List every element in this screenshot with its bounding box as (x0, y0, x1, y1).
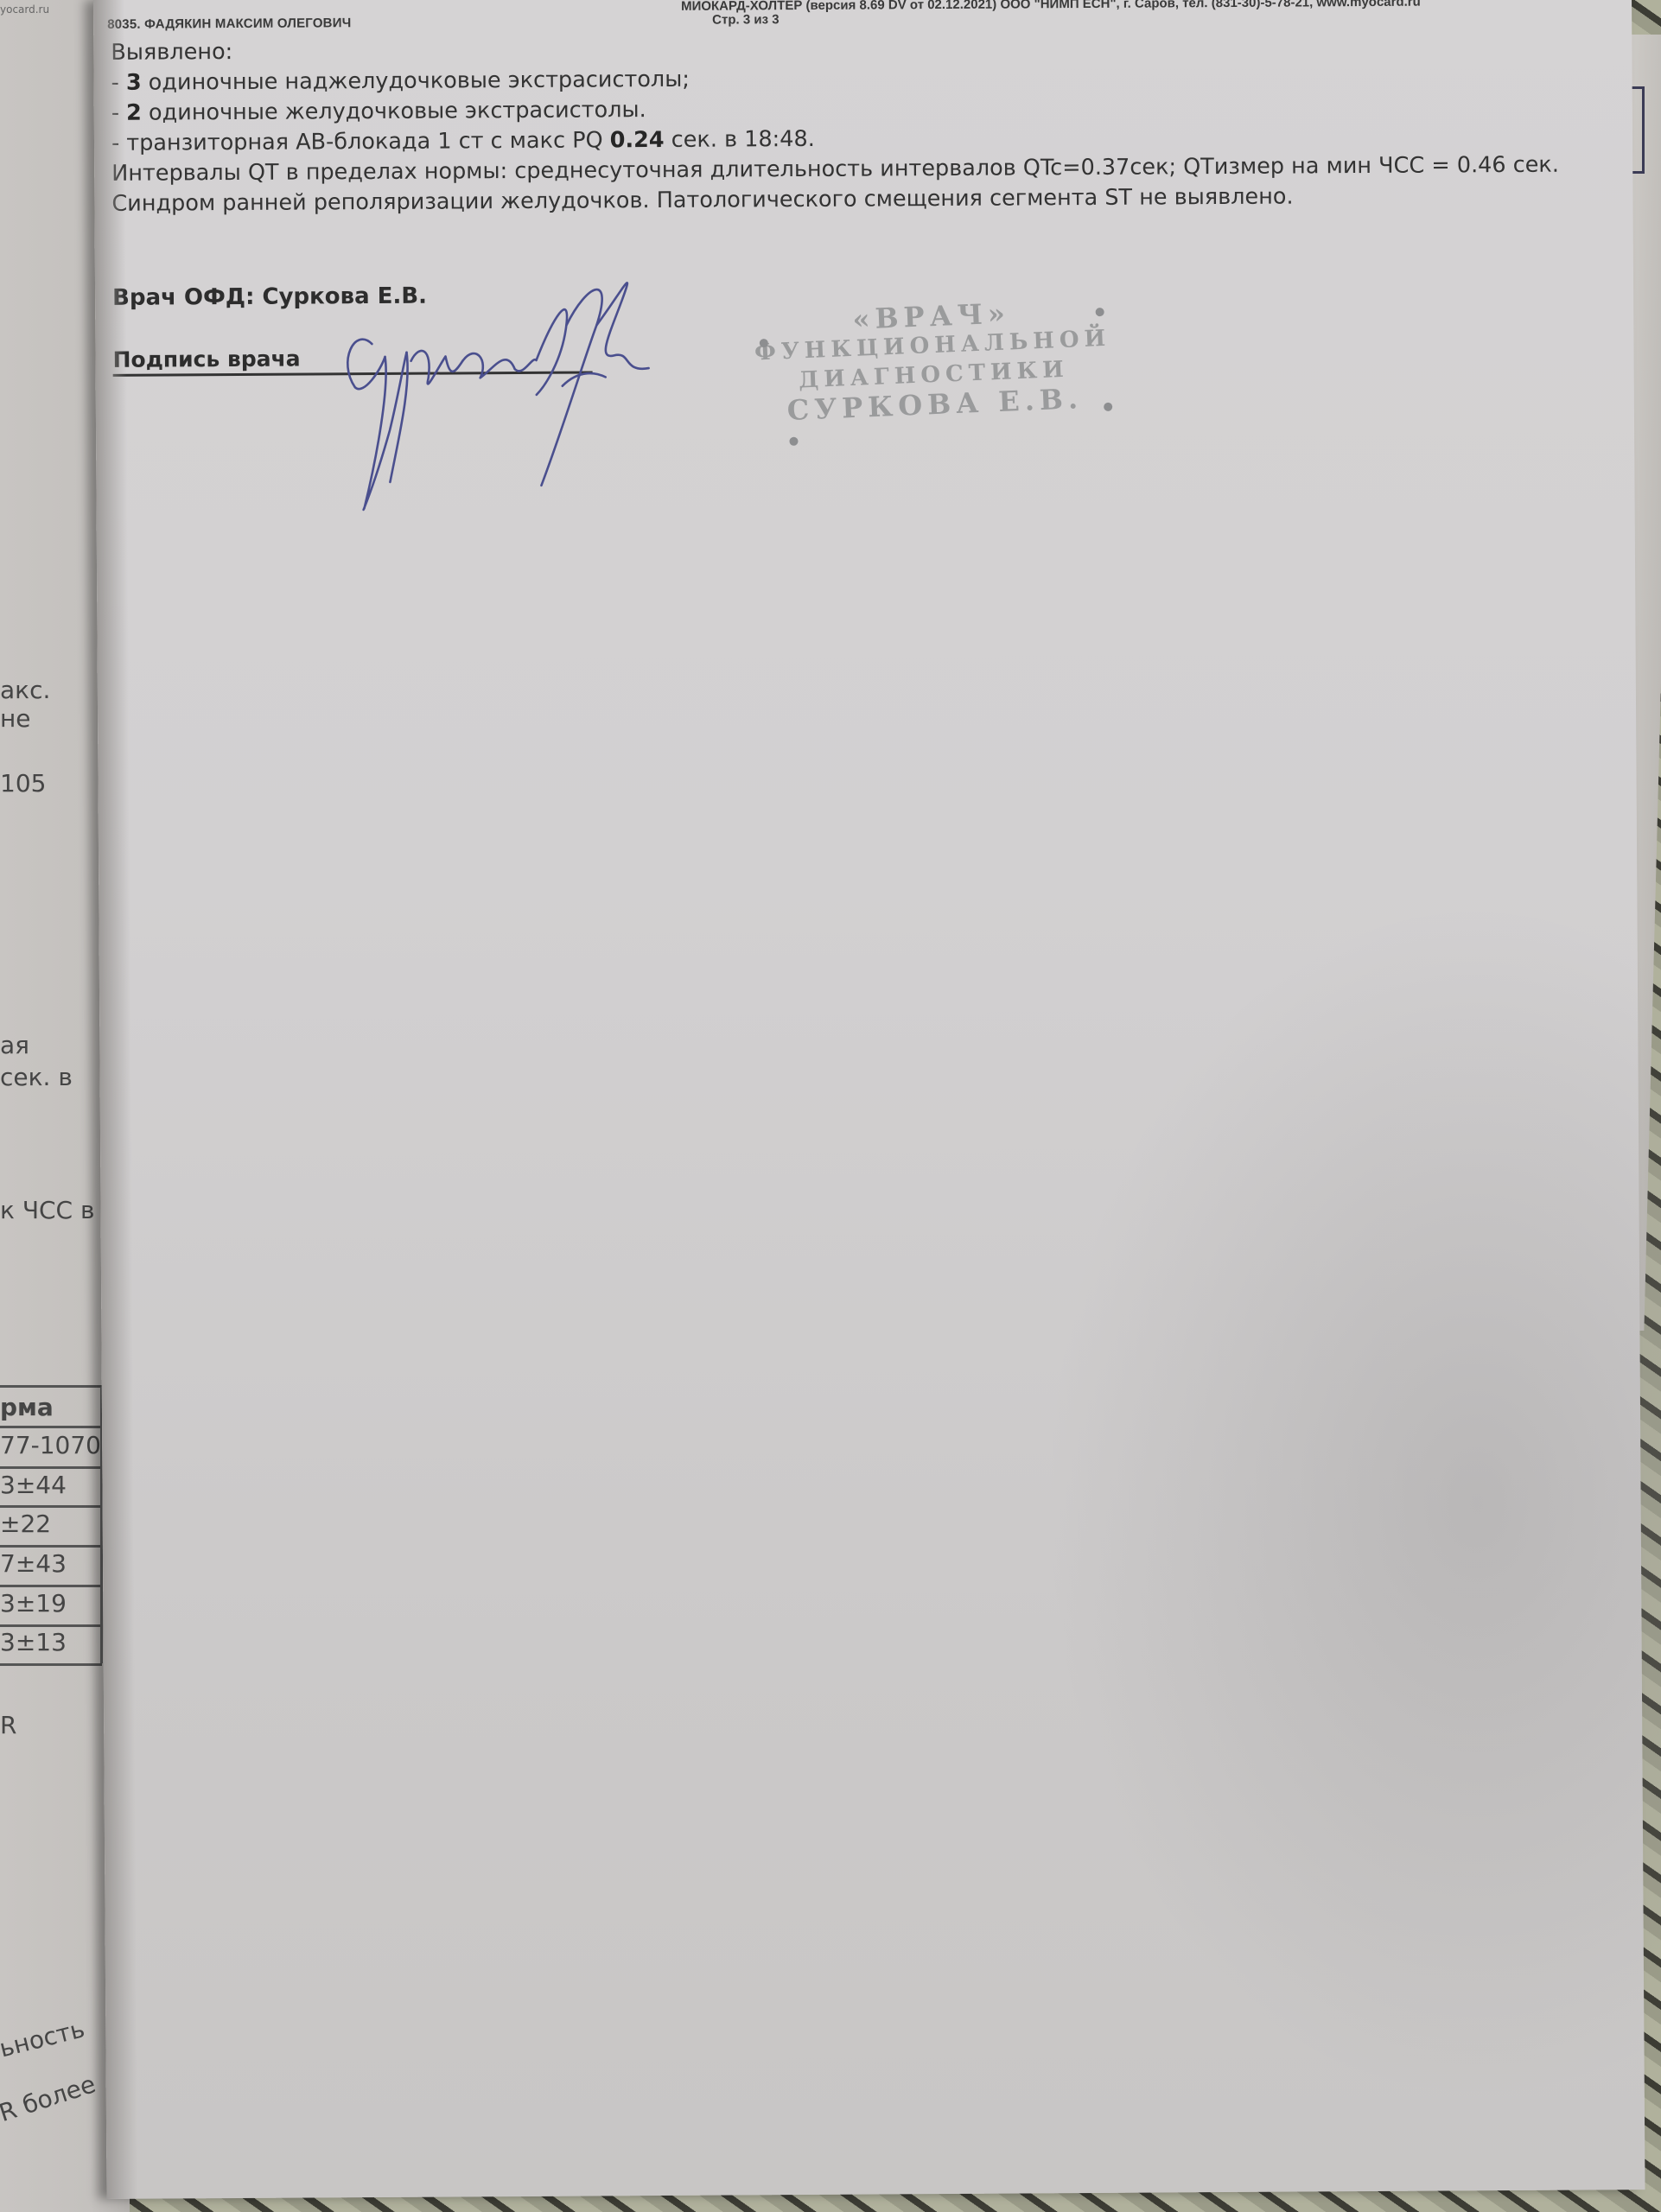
under-table-cell: 3±13 (0, 1628, 67, 1656)
patient-header: 8035. ФАДЯКИН МАКСИМ ОЛЕГОВИЧ (107, 16, 351, 32)
under-text-line: ьность (0, 2014, 87, 2063)
under-table-cell: ±22 (0, 1510, 51, 1538)
under-text-line: сек. в (0, 1063, 73, 1091)
software-header: МИОКАРД-ХОЛТЕР (версия 8.69 DV от 02.12.… (681, 0, 1421, 28)
under-table-cell: 3±44 (0, 1471, 67, 1499)
stamp-dot-icon (789, 437, 798, 446)
report-page: 8035. ФАДЯКИН МАКСИМ ОЛЕГОВИЧ МИОКАРД-ХО… (93, 0, 1645, 2199)
under-text-line: 105 (0, 769, 46, 798)
under-text-line: ая (0, 1031, 29, 1059)
under-table-header: рма (0, 1393, 54, 1421)
handwritten-signature-icon (337, 264, 745, 517)
findings-section: Выявлено: - 3 одиночные наджелудочковые … (111, 29, 1581, 219)
under-table-cell: 3±19 (0, 1589, 67, 1618)
under-text-line: к ЧСС в (0, 1196, 95, 1224)
under-table-cell: 77-1070) (0, 1431, 111, 1459)
under-text-line: R (0, 1711, 16, 1739)
under-text-line: не (0, 704, 31, 733)
under-url-fragment: yocard.ru (0, 3, 49, 16)
under-text-line: акс. (0, 676, 50, 704)
doctor-stamp: «ВРАЧ» ФУНКЦИОНАЛЬНОЙ ДИАГНОСТИКИ СУРКОВ… (749, 295, 1118, 465)
under-text-line: R более (0, 2069, 99, 2127)
signature-label: Подпись врача (112, 346, 300, 372)
under-table-cell: 7±43 (0, 1549, 67, 1578)
